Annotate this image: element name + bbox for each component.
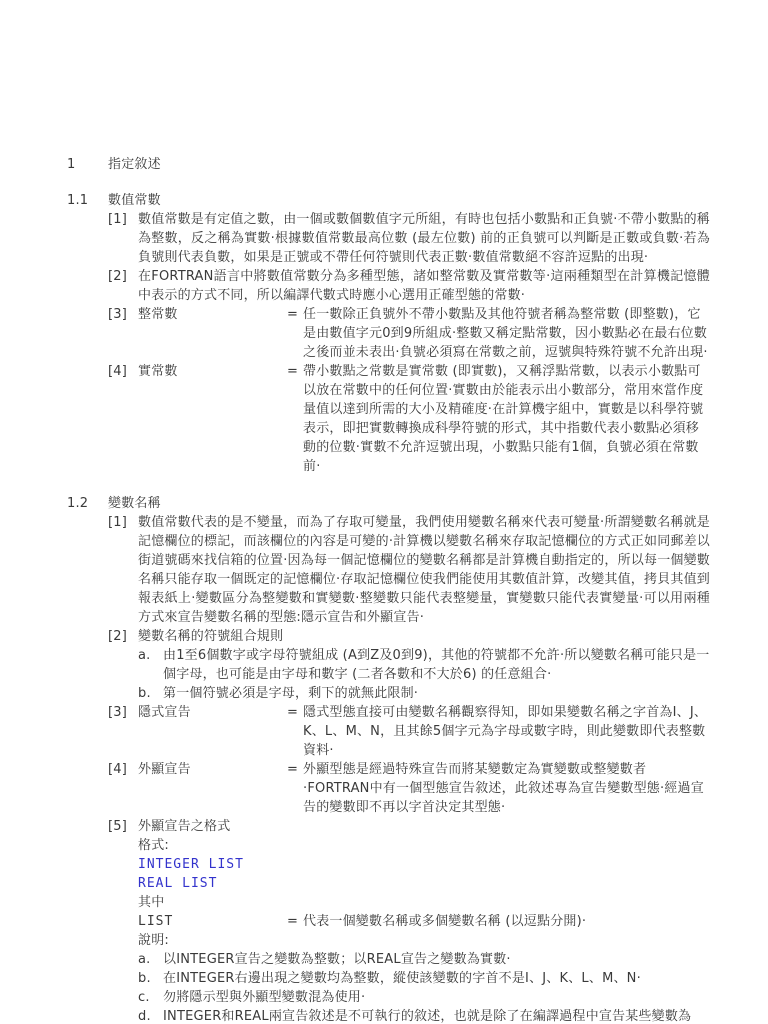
section-1-2: 1.2 變數名稱 [1] 數值常數代表的是不變量，而為了存取可變量，我們使用變數… (67, 494, 710, 1024)
paragraph-text: 數值常數代表的是不變量，而為了存取可變量，我們使用變數名稱來代表可變量·所謂變數… (138, 513, 710, 627)
note-item-text: INTEGER和REAL兩宣告敘述是不可執行的敘述，也就是除了在編譯過程中宣告某… (163, 1007, 710, 1024)
section-number: 1.2 (67, 494, 108, 513)
equals-sign: = (287, 703, 303, 722)
rule-title: 變數名稱的符號組合規則 (138, 627, 710, 646)
note-item-label: a. (138, 950, 163, 969)
list-item: [2] 在FORTRAN語言中將數值常數分為多種型態，諸如整常數及實常數等·這兩… (108, 267, 710, 305)
chapter-number: 1 (67, 155, 108, 174)
note-item-label: d. (138, 1007, 163, 1024)
paragraph-text: 在FORTRAN語言中將數值常數分為多種型態，諸如整常數及實常數等·這兩種類型在… (138, 267, 710, 305)
item-label: [1] (108, 513, 138, 532)
definition-row: 外顯宣告 = 外顯型態是經過特殊宣告而將某變數定為實變數或整變數者·FORTRA… (138, 760, 710, 817)
section-title: 變數名稱 (108, 494, 710, 513)
list-item: [1] 數值常數代表的是不變量，而為了存取可變量，我們使用變數名稱來代表可變量·… (108, 513, 710, 627)
item-label: [5] (108, 817, 138, 836)
item-label: [2] (108, 627, 138, 646)
list-item: [3] 整常數 = 任一數除正負號外不帶小數點及其他符號者稱為整常數 (即整數)… (108, 305, 710, 362)
list-item: [1] 數值常數是有定值之數，由一個或數個數值字元所組，有時也包括小數點和正負號… (108, 210, 710, 267)
section-1-2-heading: 1.2 變數名稱 (67, 494, 710, 513)
list-item: [2] 變數名稱的符號組合規則 a. 由1至6個數字或字母符號組成 (A到Z及0… (108, 627, 710, 703)
sub-item-label: a. (138, 646, 163, 665)
section-title: 數值常數 (108, 191, 710, 210)
definition-row: LIST = 代表一個變數名稱或多個變數名稱 (以逗點分開)· (138, 912, 710, 931)
sub-item-text: 第一個符號必須是字母，剩下的就無此限制· (163, 684, 710, 703)
definition-row: 隱式宣告 = 隱式型態直接可由變數名稱觀察得知，即如果變數名稱之字首為I、J、K… (138, 703, 710, 760)
item-label: [4] (108, 362, 138, 381)
note-item-label: c. (138, 988, 163, 1007)
definition-term: 隱式宣告 (138, 703, 287, 722)
definition-text: 外顯型態是經過特殊宣告而將某變數定為實變數或整變數者·FORTRAN中有一個型態… (303, 760, 710, 817)
list-item: [5] 外顯宣告之格式 格式: INTEGER LIST REAL LIST 其… (108, 817, 710, 1024)
code-line-integer: INTEGER LIST (138, 855, 710, 874)
list-item: [4] 實常數 = 帶小數點之常數是實常數 (即實數)，又稱浮點常數，以表示小數… (108, 362, 710, 476)
note-item-text: 勿將隱示型與外顯型變數混為使用· (163, 988, 710, 1007)
definition-term: LIST (138, 912, 287, 931)
equals-sign: = (287, 305, 303, 324)
paragraph-text: 數值常數是有定值之數，由一個或數個數值字元所組，有時也包括小數點和正負號·不帶小… (138, 210, 710, 267)
notes-label: 說明: (138, 931, 710, 950)
sub-item-label: b. (138, 684, 163, 703)
among-label: 其中 (138, 893, 710, 912)
list-item: [4] 外顯宣告 = 外顯型態是經過特殊宣告而將某變數定為實變數或整變數者·FO… (108, 760, 710, 817)
sub-item: b. 第一個符號必須是字母，剩下的就無此限制· (138, 684, 710, 703)
note-item: a. 以INTEGER宣告之變數為整數；以REAL宣告之變數為實數· (138, 950, 710, 969)
definition-text: 任一數除正負號外不帶小數點及其他符號者稱為整常數 (即整數)，它是由數值字元0到… (303, 305, 710, 362)
note-item-label: b. (138, 969, 163, 988)
note-item: c. 勿將隱示型與外顯型變數混為使用· (138, 988, 710, 1007)
definition-row: 實常數 = 帶小數點之常數是實常數 (即實數)，又稱浮點常數，以表示小數點可以放… (138, 362, 710, 476)
equals-sign: = (287, 362, 303, 381)
definition-text: 代表一個變數名稱或多個變數名稱 (以逗點分開)· (303, 912, 710, 931)
code-line-real: REAL LIST (138, 874, 710, 893)
section-number: 1.1 (67, 191, 108, 210)
equals-sign: = (287, 760, 303, 779)
section-1-1-heading: 1.1 數值常數 (67, 191, 710, 210)
item-label: [3] (108, 703, 138, 722)
note-item: b. 在INTEGER右邊出現之變數均為整數，縱使該變數的字首不是I、J、K、L… (138, 969, 710, 988)
equals-sign: = (287, 912, 303, 931)
chapter-title: 指定敘述 (108, 155, 710, 174)
chapter-heading: 1 指定敘述 (67, 155, 710, 174)
item-label: [1] (108, 210, 138, 229)
section-1-1: 1.1 數值常數 [1] 數值常數是有定值之數，由一個或數個數值字元所組，有時也… (67, 191, 710, 476)
rule-block: 變數名稱的符號組合規則 a. 由1至6個數字或字母符號組成 (A到Z及0到9)，… (138, 627, 710, 703)
format-block-title: 外顯宣告之格式 (138, 817, 710, 836)
list-item: [3] 隱式宣告 = 隱式型態直接可由變數名稱觀察得知，即如果變數名稱之字首為I… (108, 703, 710, 760)
item-label: [4] (108, 760, 138, 779)
section-1-1-items: [1] 數值常數是有定值之數，由一個或數個數值字元所組，有時也包括小數點和正負號… (108, 210, 710, 476)
format-label: 格式: (138, 836, 710, 855)
definition-row: 整常數 = 任一數除正負號外不帶小數點及其他符號者稱為整常數 (即整數)，它是由… (138, 305, 710, 362)
definition-term: 實常數 (138, 362, 287, 381)
sub-item: a. 由1至6個數字或字母符號組成 (A到Z及0到9)，其他的符號都不允許·所以… (138, 646, 710, 684)
document-page: 1 指定敘述 1.1 數值常數 [1] 數值常數是有定值之數，由一個或數個數值字… (0, 0, 768, 1024)
item-label: [3] (108, 305, 138, 324)
definition-term: 外顯宣告 (138, 760, 287, 779)
definition-term: 整常數 (138, 305, 287, 324)
definition-text: 隱式型態直接可由變數名稱觀察得知，即如果變數名稱之字首為I、J、K、L、M、N，… (303, 703, 710, 760)
sub-item-text: 由1至6個數字或字母符號組成 (A到Z及0到9)，其他的符號都不允許·所以變數名… (163, 646, 710, 684)
note-item-text: 在INTEGER右邊出現之變數均為整數，縱使該變數的字首不是I、J、K、L、M、… (163, 969, 710, 988)
note-item: d. INTEGER和REAL兩宣告敘述是不可執行的敘述，也就是除了在編譯過程中… (138, 1007, 710, 1024)
format-block: 外顯宣告之格式 格式: INTEGER LIST REAL LIST 其中 LI… (138, 817, 710, 1024)
section-1-2-items: [1] 數值常數代表的是不變量，而為了存取可變量，我們使用變數名稱來代表可變量·… (108, 513, 710, 1024)
item-label: [2] (108, 267, 138, 286)
definition-text: 帶小數點之常數是實常數 (即實數)，又稱浮點常數，以表示小數點可以放在常數中的任… (303, 362, 710, 476)
note-item-text: 以INTEGER宣告之變數為整數；以REAL宣告之變數為實數· (163, 950, 710, 969)
